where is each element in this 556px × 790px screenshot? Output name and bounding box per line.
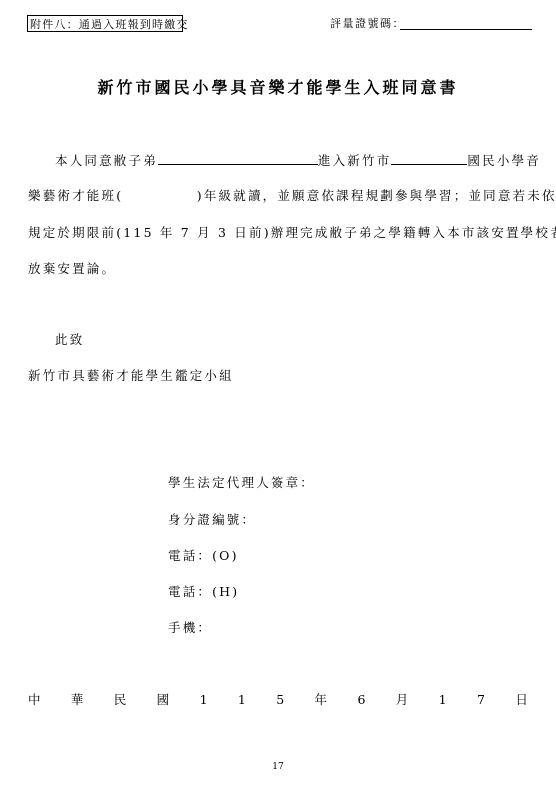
school-name-field[interactable] (391, 152, 467, 165)
date-part: 月 (396, 692, 409, 708)
paragraph-line-1: 本人同意敝子弟進入新竹市國民小學音 (55, 152, 541, 169)
guardian-signature-label: 學生法定代理人簽章： (168, 475, 315, 491)
mobile-phone-label: 手機： (168, 620, 212, 636)
date-part: 6 (357, 692, 365, 708)
review-number-field[interactable] (400, 29, 532, 30)
date-part: 5 (276, 692, 284, 708)
paragraph-line-4: 放棄安置論。 (28, 261, 116, 277)
date-part: 1 (200, 692, 208, 708)
review-number-label: 評量證號碼： (330, 15, 405, 32)
salutation: 此致 (55, 332, 84, 348)
date-part: 民 (114, 692, 127, 708)
date-part: 1 (439, 692, 447, 708)
date-part: 7 (477, 692, 485, 708)
paragraph-line-2: 樂藝術才能班( )年級就讀，並願意依課程規劃參與學習；並同意若未依 (28, 188, 556, 204)
recipient: 新竹市具藝術才能學生鑑定小組 (28, 368, 234, 384)
date-part: 國 (157, 692, 170, 708)
page-number: 17 (0, 762, 556, 772)
home-phone-label: 電話：(H) (168, 584, 239, 600)
consent-text-3: 國民小學音 (467, 153, 541, 168)
date-part: 日 (515, 692, 528, 708)
student-name-field[interactable] (158, 152, 318, 165)
consent-text-2: 進入新竹市 (318, 153, 392, 168)
consent-text-1: 本人同意敝子弟 (55, 153, 158, 168)
date-part: 年 (315, 692, 328, 708)
date-row: 中 華 民 國 1 1 5 年 6 月 1 7 日 (28, 692, 528, 708)
document-title: 新竹市國民小學具音樂才能學生入班同意書 (0, 78, 556, 98)
date-part: 1 (238, 692, 246, 708)
id-number-label: 身分證編號： (168, 512, 256, 528)
date-part: 中 (28, 692, 41, 708)
attachment-label: 附件八：通過入班報到時繳交 (27, 15, 183, 32)
office-phone-label: 電話：(O) (168, 548, 239, 564)
paragraph-line-3: 規定於期限前(115 年 7 月 3 日前)辦理完成敝子弟之學籍轉入本市該安置學… (28, 225, 556, 241)
date-part: 華 (71, 692, 84, 708)
